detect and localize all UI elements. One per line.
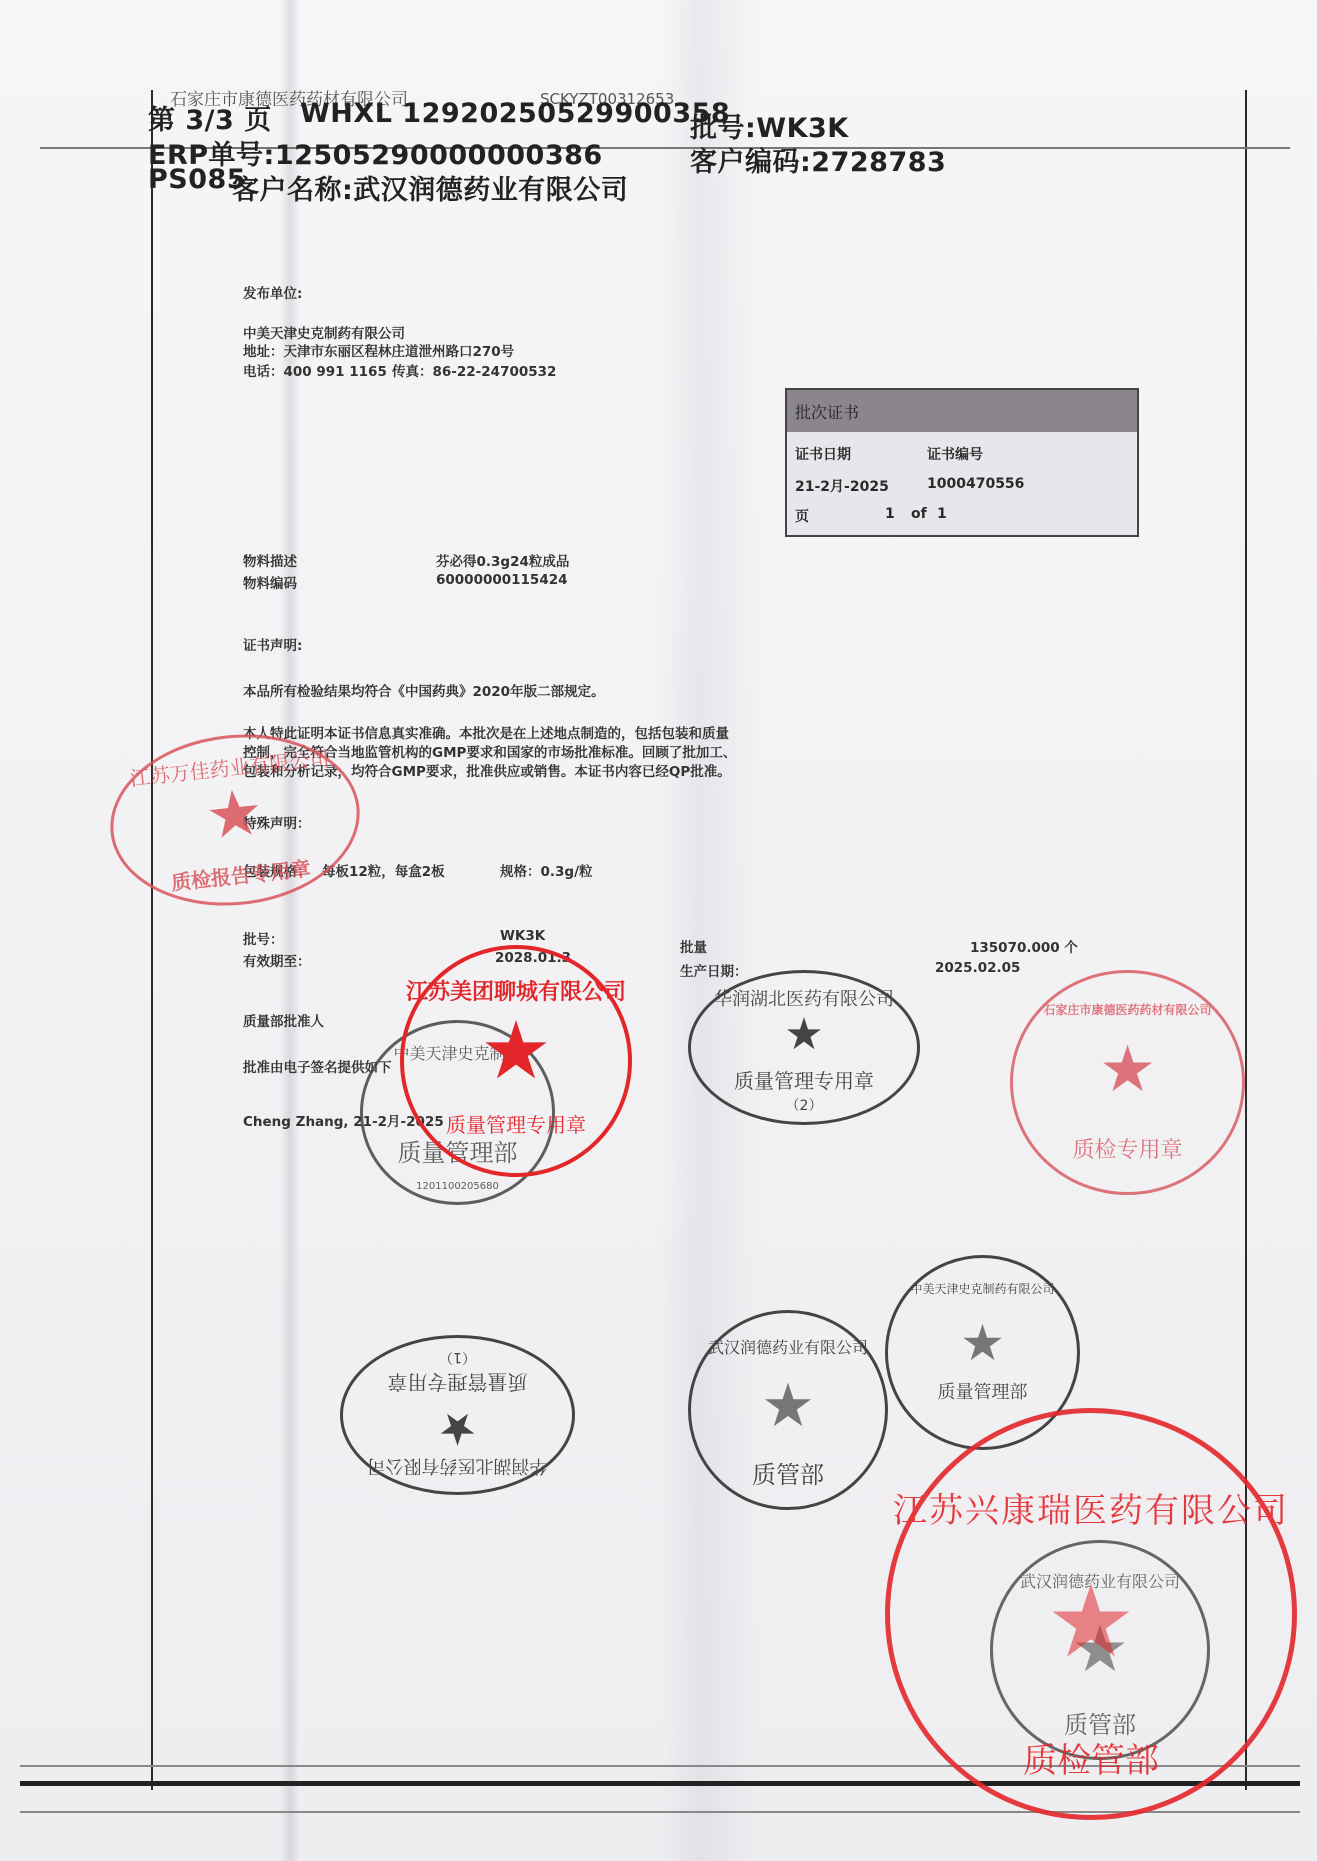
stamp-hubei-pharma-1: 华润湖北医药有限公司 ★ 质量管理专用章 （1）	[340, 1335, 575, 1495]
star-icon: ★	[1099, 1033, 1156, 1107]
stamp-hubei-pharma-2: 华润湖北医药有限公司 ★ 质量管理专用章 （2）	[688, 970, 920, 1125]
stamp-jiangsu-wanjia: 江苏万佳药业有限公司 ★ 质检报告专用章	[102, 722, 368, 917]
statement-line-1: 本品所有检验结果均符合《中国药典》2020年版二部规定。	[243, 680, 605, 700]
page-of: of	[911, 506, 927, 522]
star-icon: ★	[784, 1009, 823, 1060]
page-indicator: 第 3/3 页	[148, 98, 272, 137]
batch-value: WK3K	[500, 928, 545, 944]
customer-name: 客户名称:武汉润德药业有限公司	[232, 168, 628, 207]
material-name-value: 芬必得0.3g24粒成品	[436, 550, 569, 570]
manufacture-date-value: 2025.02.05	[935, 960, 1020, 976]
certificate-date-header: 证书日期	[795, 444, 851, 464]
batch-quantity-value: 135070.000 个	[970, 936, 1078, 956]
certificate-number-header: 证书编号	[927, 444, 983, 464]
manufacture-date-label: 生产日期：	[680, 960, 748, 980]
page-total: 1	[937, 506, 947, 522]
issuer-label: 发布单位:	[243, 282, 302, 302]
star-icon: ★	[1046, 1563, 1136, 1680]
certificate-date: 21-2月-2025	[795, 476, 889, 496]
customer-code: 客户编码:2728783	[690, 140, 946, 179]
certificate-number: 1000470556	[927, 476, 1024, 492]
page-label: 页	[795, 506, 809, 526]
issuer-company: 中美天津史克制药有限公司	[243, 322, 405, 342]
material-name-label: 物料描述	[243, 550, 297, 570]
stamp-wuhan-runde: 武汉润德药业有限公司 ★ 质管部	[688, 1310, 888, 1510]
issuer-address: 地址：天津市东丽区程林庄道泄州路口270号	[243, 340, 514, 360]
material-code-label: 物料编码	[243, 572, 297, 592]
stamp-jiangsu-meituan: 江苏美团聊城有限公司 ★ 质量管理专用章	[400, 945, 632, 1177]
specification: 规格：0.3g/粒	[500, 860, 593, 880]
star-icon: ★	[480, 1004, 552, 1097]
star-icon: ★	[202, 775, 267, 855]
material-code-value: 60000000115424	[436, 572, 568, 588]
scanned-document: 石家庄市康德医药药材有限公司 SCKYZT00312653 第 3/3 页 WH…	[0, 0, 1317, 1861]
batch-quantity-label: 批量	[680, 936, 707, 956]
expiry-label: 有效期至：	[243, 950, 311, 970]
batch-label: 批号：	[243, 928, 284, 948]
issuer-fax: 传真：86-22-24700532	[392, 360, 556, 380]
stamp-jiangsu-xingkang: 江苏兴康瑞医药有限公司 ★ 质检管部	[885, 1408, 1297, 1820]
stamp-shijiazhuang-kangde: 石家庄市康德医药药材有限公司 ★ 质检专用章	[1010, 970, 1245, 1195]
star-icon: ★	[761, 1371, 815, 1441]
page-current: 1	[885, 506, 895, 522]
approver-label: 质量部批准人	[243, 1010, 324, 1030]
star-icon: ★	[960, 1314, 1005, 1372]
document-number: WHXL 1292025052990035​8	[300, 98, 730, 129]
statement-label: 证书声明:	[243, 634, 302, 654]
issuer-phone: 电话：400 991 1165	[243, 360, 387, 380]
certificate-box-title: 批次证书	[787, 390, 1137, 432]
batch-certificate-box: 批次证书 证书日期 证书编号 21-2月-2025 1000470556 页 1…	[785, 388, 1139, 537]
statement-para-line-1: 本人特此证明本证书信息真实准确。本批次是在上述地点制造的，包括包装和质量	[243, 722, 729, 742]
star-icon: ★	[438, 1403, 477, 1454]
left-border-line	[151, 90, 153, 1790]
